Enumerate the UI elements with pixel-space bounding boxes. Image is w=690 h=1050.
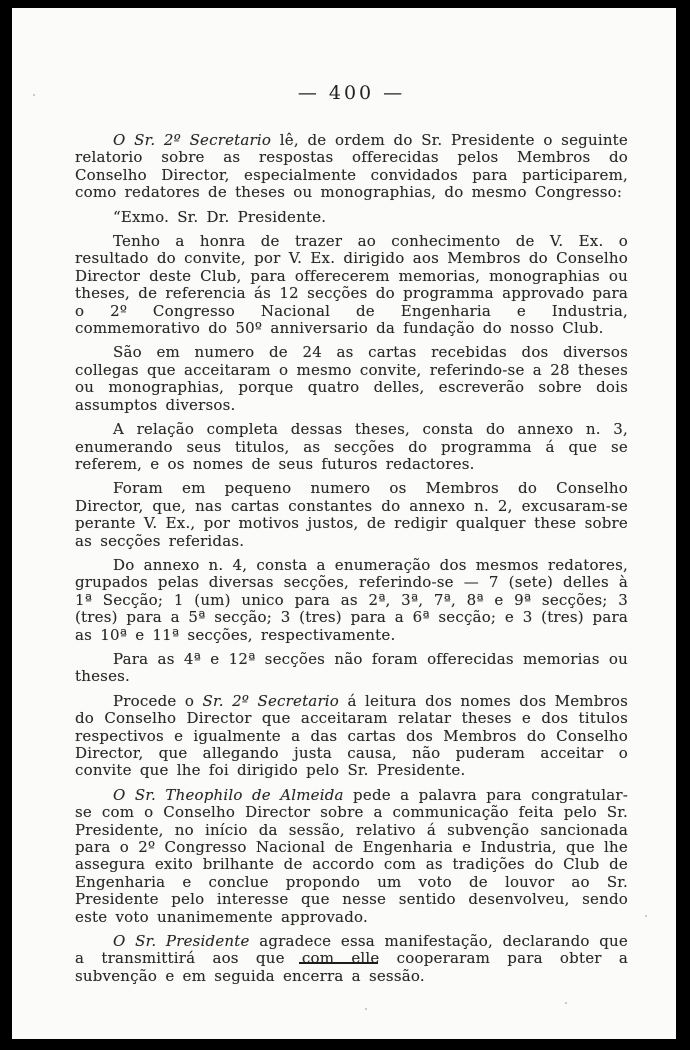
paragraph-president-closing: O Sr. Presidente agradece essa manifesta… — [75, 933, 628, 985]
scanned-document: { "page": { "number": "— 400 —", "paragr… — [0, 0, 690, 1050]
paragraph-sections-4-12: Para as 4ª e 12ª secções não foram offer… — [75, 651, 628, 686]
paragraph-text: “Exmo. Sr. Dr. Presidente. — [113, 208, 326, 226]
scan-speck — [645, 915, 647, 917]
section-end-rule — [299, 962, 378, 964]
paragraph-annex-3: A relação completa dessas theses, consta… — [75, 421, 628, 473]
paragraph-letters-count: São em numero de 24 as cartas recebidas … — [75, 344, 628, 414]
paragraph-italic-text: O Sr. Presidente — [113, 932, 250, 950]
paragraph-annex-2: Foram em pequeno numero os Membros do Co… — [75, 480, 628, 550]
paragraph-text: Foram em pequeno numero os Membros do Co… — [75, 479, 628, 549]
paragraph-text: pede a palavra para congratular-se com o… — [75, 786, 628, 926]
paragraph-text: Para as 4ª e 12ª secções não foram offer… — [75, 650, 628, 685]
paragraph-secretary-reading-names: Procede o Sr. 2º Secretario á leitura do… — [75, 693, 628, 780]
scan-speck — [365, 1008, 367, 1010]
paragraph-salutation: “Exmo. Sr. Dr. Presidente. — [75, 209, 628, 226]
paragraph-italic-text: O Sr. 2º Secretario — [113, 131, 271, 149]
paragraph-text: Procede o — [113, 692, 203, 710]
paragraph-italic-text: O Sr. Theophilo de Almeida — [113, 786, 344, 804]
scan-speck — [90, 278, 93, 281]
scan-speck — [237, 350, 239, 352]
paragraph-invitation-result: Tenho a honra de trazer ao conhecimento … — [75, 233, 628, 337]
paragraph-annex-4: Do annexo n. 4, consta a enumeração dos … — [75, 557, 628, 644]
paragraph-text: A relação completa dessas theses, consta… — [75, 420, 628, 473]
paragraph-italic-text: Sr. 2º Secretario — [203, 692, 340, 710]
paragraph-text: Tenho a honra de trazer ao conhecimento … — [75, 232, 628, 337]
paragraph-secretary-reads: O Sr. 2º Secretario lê, de ordem do Sr. … — [75, 132, 628, 202]
paragraph-text: São em numero de 24 as cartas recebidas … — [75, 343, 628, 413]
document-page: — 400 — O Sr. 2º Secretario lê, de ordem… — [12, 8, 676, 1039]
paragraph-text: Do annexo n. 4, consta a enumeração dos … — [75, 556, 628, 644]
page-number: — 400 — — [75, 82, 628, 104]
paragraph-theophilo-speech: O Sr. Theophilo de Almeida pede a palavr… — [75, 787, 628, 926]
scan-speck — [33, 94, 35, 96]
page-content: — 400 — O Sr. 2º Secretario lê, de ordem… — [75, 82, 628, 992]
scan-speck — [565, 1002, 567, 1004]
